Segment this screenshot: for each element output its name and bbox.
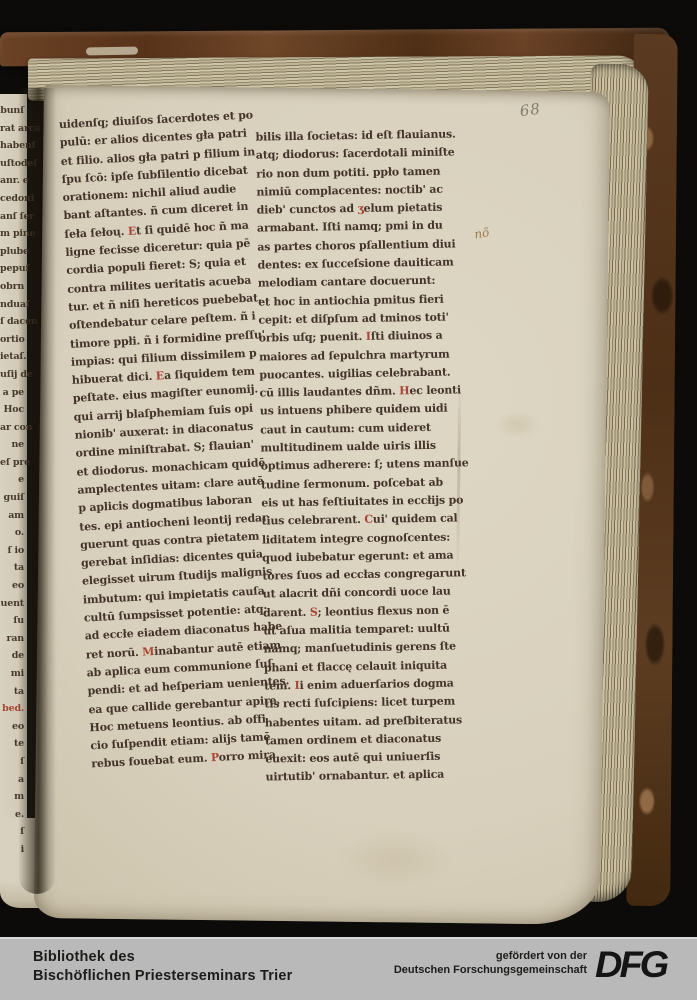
ink-text: dieb' cunctos ad [257,202,358,217]
left-page-line-fragment: ſ io [0,542,24,560]
left-page-line-fragment: te [0,735,24,753]
left-page-line-fragment: nduaſ [0,296,24,314]
ink-text: eis ut has feſtiuitates in eccłijs po [261,493,463,509]
margin-note: nõ [473,225,490,241]
ink-text: liditatem integre cognoſcentes: [262,530,450,546]
ink-text: phani et flaccę celauit iniquita [264,658,447,674]
left-page-line-fragment: uſij de [0,366,24,384]
rubric-initial: S [310,605,318,618]
ink-text: elum pietatis [363,201,442,215]
ink-text: ſti diuinos a [371,329,443,343]
spine-cap-highlight [86,47,138,56]
ink-text: ; leontius flexus non ē [317,603,449,618]
left-page-line-fragment: pepuſ [0,260,24,278]
left-page-line-fragment: anr. e [0,172,24,190]
left-page-line-fragment: ietaſ. [0,348,24,366]
left-page-line-fragment: cedoni [0,190,24,208]
ink-text: caut in cautum: cum uideret [260,421,431,437]
left-page-line-fragment: plube [0,243,24,261]
ink-text: cū illis laudantes dñm. [259,385,399,400]
left-page-line-fragment: m pine [0,225,24,243]
left-page-line-fragment: rat arca [0,120,24,138]
left-page-line-fragment: guiſ [0,489,24,507]
text-column-2: bilis illa ſocietas: id eſt flauianus.at… [255,127,473,789]
ink-text: cepit: et diſpſum ad tminos toti' [258,311,448,327]
ink-text: tius celebrarent. [261,513,364,528]
left-page-line-fragment: ne [0,436,24,454]
left-page-line-fragment: e [0,471,24,489]
ink-text: orbis uſq; puenit. [259,330,366,345]
library-name-line1: Bibliothek des [33,948,292,967]
left-page-line-fragment: ta [0,559,24,577]
ink-text: habentes uitam. ad preſbiteratus [265,713,462,729]
library-name: Bibliothek des Bischöflichen Priestersem… [33,948,292,986]
ink-text: ut aſua malitia temparet: uultū [263,622,450,638]
left-page-line-fragment: bunſ [0,102,24,120]
left-page-line-fragment: a [0,771,24,789]
ink-text: tudine ſermonum. poſcebat ab [261,475,443,491]
ink-text: tores ſuos ad eccłas congregarunt [262,566,466,582]
left-page-text-fragments: bunſrat arcahabenſuſtodeſanr. ecedonianſ… [0,102,24,859]
ink-text: ui' quidem cal [373,512,458,526]
manuscript-right-page: 68 nõ uidenſq; diuiſos ſacerdotes et pop… [34,85,610,925]
left-page-line-fragment: ſu [0,612,24,630]
ink-text: hibuerat dici. [72,370,157,387]
manuscript-scan-stage: bunſrat arcahabenſuſtodeſanr. ecedonianſ… [0,0,697,1000]
ink-text: et hoc in antiochia pmitus fieri [258,292,444,308]
left-page-line-fragment: uſtodeſ [0,155,24,173]
rubric-initial: H [399,384,409,397]
left-page-line-fragment: am [0,507,24,525]
ink-text: multitudinem ualde uiris illis [260,439,436,455]
left-page-line-fragment: ran [0,630,24,648]
left-page-line-fragment: o. [0,524,24,542]
left-page-line-fragment: eo [0,577,24,595]
left-page-line-fragment: uent [0,595,24,613]
ink-text: tis recti ſuſcipiens: licet turpem [264,695,455,711]
left-page-line-fragment: obrn [0,278,24,296]
ink-text: dentes: ex ſucceſsione dauiticam [257,256,453,272]
ink-text: tem. [264,679,295,692]
left-page-line-fragment: m [0,788,24,806]
left-page-line-fragment: ortio [0,331,24,349]
left-page-line-fragment: e. [0,806,24,824]
ink-text: optimus adherere: ſ; utens manſue [261,457,469,473]
left-page-line-fragment: eſ pre [0,454,24,472]
left-page-line-fragment: i [0,841,24,859]
funding-credit: gefördert von der Deutschen Forschungsge… [394,950,587,977]
ink-text: i enim aduerſarios dogma [299,676,453,691]
ink-text: melodiam cantare docuerunt: [258,274,436,290]
left-page-line-fragment: eo [0,718,24,736]
left-page-line-fragment: ſ dacen [0,313,24,331]
ink-text: nimiū complacentes: noctib' ac [256,183,443,199]
left-page-line-fragment: de [0,647,24,665]
footer-bar: Bibliothek des Bischöflichen Priestersem… [0,937,697,1000]
ink-text: maiores ad ſepulchra martyrum [259,347,450,363]
ink-text: uirtutib' ornabantur. et aplica [266,768,445,784]
ink-text: armabant. Iſti namq; pmi in du [257,219,443,235]
manuscript-line: uirtutib' ornabantur. et aplica [266,768,474,790]
left-page-line-fragment: habenſ [0,137,24,155]
ink-text: puocantes. uigilias celebrabant. [259,365,450,381]
left-page-line-fragment: ta [0,683,24,701]
folio-number: 68 [519,100,542,121]
ink-text: ut alacrit dñi concordi uoce lau [263,585,451,601]
ink-text: ret norū. [85,645,142,661]
parchment-stain [495,411,541,440]
left-page-line-fragment: bed. [0,700,24,718]
left-page-line-fragment: anſ ſer [0,208,24,226]
ink-text: ſeła ſełoų. [64,225,128,241]
ink-text: tamen ordinem et diaconatus [265,732,441,748]
ink-text: ec leonti [409,384,461,398]
left-page-line-fragment: ar con [0,419,24,437]
ink-text: quod iubebatur egerunt: et ama [262,548,453,564]
ink-text: rio non dum potiti. ppło tamen [256,164,440,180]
left-page-line-fragment: a pe [0,384,24,402]
funding-credit-line2: Deutschen Forschungsgemeinschaft [394,964,587,978]
library-name-line2: Bischöflichen Priesterseminars Trier [33,967,292,986]
ink-text: bilis illa ſocietas: id eſt flauianus. [255,127,455,143]
funding-credit-line1: gefördert von der [394,950,587,964]
parchment-stain [334,829,455,890]
left-page-line-fragment: ſ [0,753,24,771]
left-page-line-fragment: ſ [0,823,24,841]
ink-text: atq; diodorus: ſacerdotali miniſte [256,146,455,162]
left-page-line-fragment: mi [0,665,24,683]
ink-text: namq; manſuetudinis gerens ſte [264,640,456,656]
ink-text: as partes choros pſallentium diui [257,237,455,253]
left-page-line-fragment: Hoc [0,401,24,419]
ink-text: us intuens phibere quidem uidi [260,402,448,418]
ink-text: euexit: eos autē qui uniuerſis [265,750,440,766]
ink-text: darent. [263,606,310,620]
dfg-logo: DFG [595,944,666,986]
